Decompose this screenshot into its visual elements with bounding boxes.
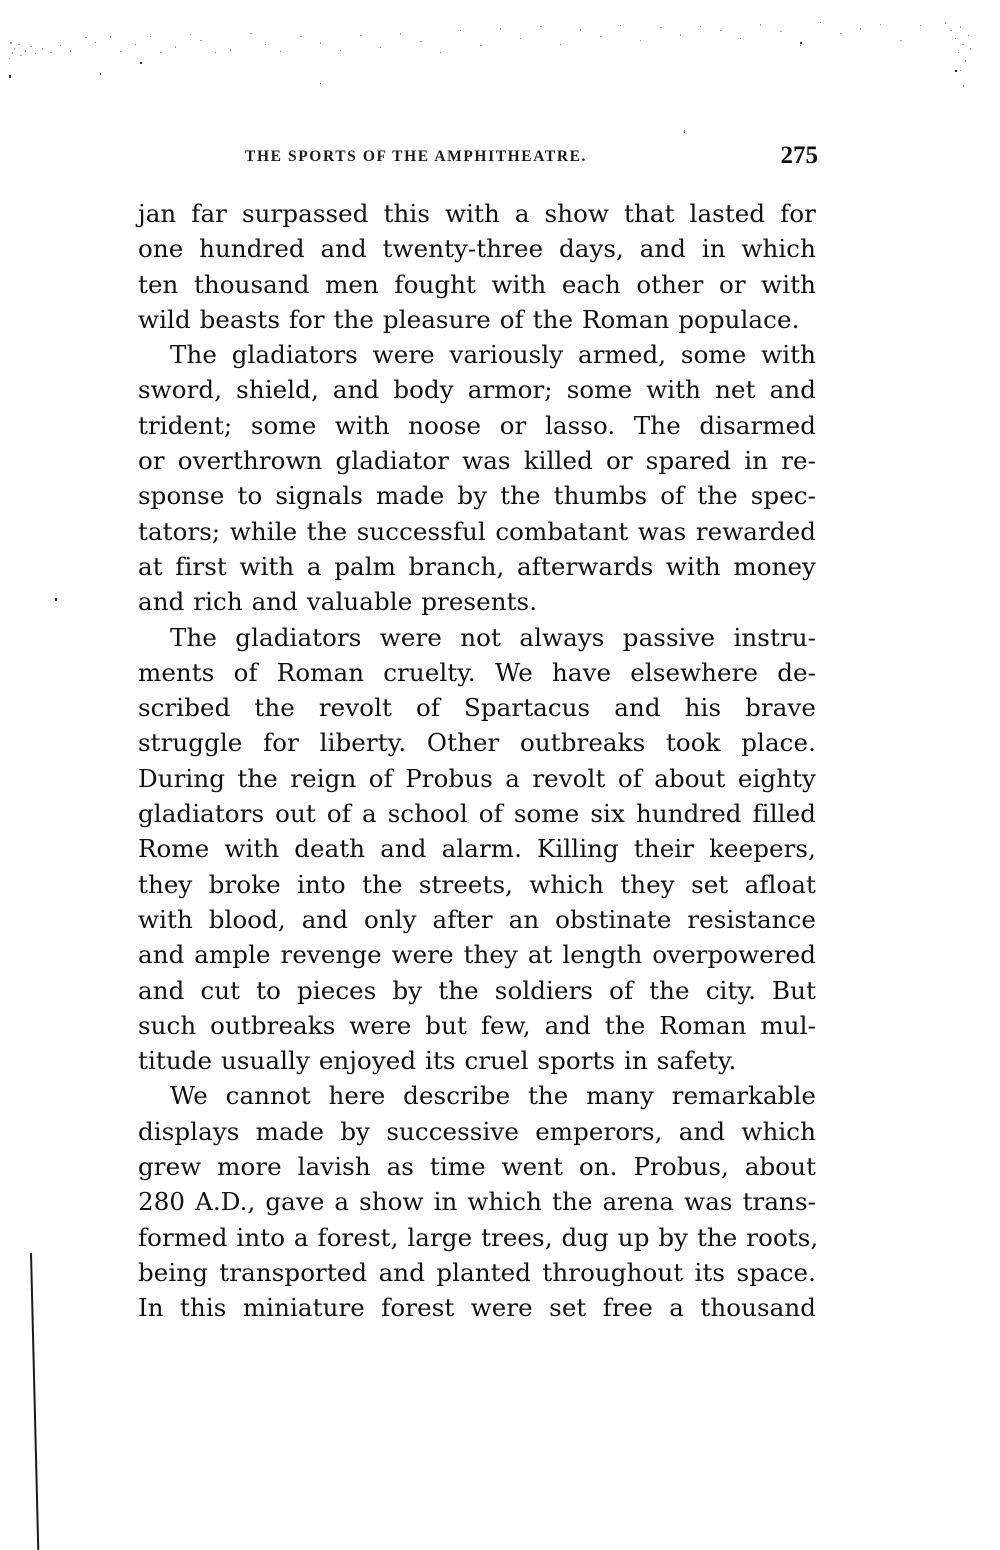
text-line: at first with a palm branch, afterwards … [138, 549, 816, 584]
text-line: and ample revenge were they at length ov… [138, 937, 816, 972]
paragraph-1: jan far surpassed this with a show that … [138, 196, 816, 337]
text-line: being transported and planted throughout… [138, 1255, 816, 1290]
text-line: or overthrown gladiator was killed or sp… [138, 443, 816, 478]
text-line: trident; some with noose or lasso. The d… [138, 408, 816, 443]
text-line: During the reign of Probus a revolt of a… [138, 761, 816, 796]
text-line: one hundred and twenty-three days, and i… [138, 231, 816, 266]
text-line: tators; while the successful combatant w… [138, 514, 816, 549]
text-line: they broke into the streets, which they … [138, 867, 816, 902]
page-edge-line [30, 1253, 39, 1550]
scan-speck [684, 130, 685, 133]
text-line: jan far surpassed this with a show that … [138, 196, 816, 231]
text-line: wild beasts for the pleasure of the Roma… [138, 302, 816, 337]
text-line: displays made by successive emperors, an… [138, 1114, 816, 1149]
paragraph-3: The gladiators were not always passive i… [138, 620, 816, 1079]
text-line: ments of Roman cruelty. We have elsewher… [138, 655, 816, 690]
text-line: struggle for liberty. Other outbreaks to… [138, 725, 816, 760]
text-line: ten thousand men fought with each other … [138, 267, 816, 302]
text-line: In this miniature forest were set free a… [138, 1290, 816, 1325]
scanned-book-page: THE SPORTS OF THE AMPHITHEATRE. 275 jan … [0, 0, 1000, 1550]
text-line: We cannot here describe the many remarka… [138, 1078, 816, 1113]
paragraph-4: We cannot here describe the many remarka… [138, 1078, 816, 1325]
text-line: 280 A.D., gave a show in which the arena… [138, 1184, 816, 1219]
text-line: and cut to pieces by the soldiers of the… [138, 973, 816, 1008]
text-line: sponse to signals made by the thumbs of … [138, 478, 816, 513]
running-head-title: THE SPORTS OF THE AMPHITHEATRE. [245, 148, 587, 166]
text-line: Rome with death and alarm. Killing their… [138, 831, 816, 866]
text-line: sword, shield, and body armor; some with… [138, 372, 816, 407]
text-line: scribed the revolt of Spartacus and his … [138, 690, 816, 725]
text-line: The gladiators were variously armed, som… [138, 337, 816, 372]
body-text: jan far surpassed this with a show that … [138, 196, 816, 1326]
text-line: formed into a forest, large trees, dug u… [138, 1220, 816, 1255]
scan-speck [55, 598, 57, 601]
text-line: titude usually enjoyed its cruel sports … [138, 1043, 816, 1078]
text-line: grew more lavish as time went on. Probus… [138, 1149, 816, 1184]
page-number: 275 [781, 142, 819, 170]
text-line: such outbreaks were but few, and the Rom… [138, 1008, 816, 1043]
text-line: The gladiators were not always passive i… [138, 620, 816, 655]
text-line: with blood, and only after an obstinate … [138, 902, 816, 937]
text-line: and rich and valuable presents. [138, 584, 816, 619]
paragraph-2: The gladiators were variously armed, som… [138, 337, 816, 619]
scan-noise-artifacts [0, 0, 1000, 110]
text-line: gladiators out of a school of some six h… [138, 796, 816, 831]
running-header: THE SPORTS OF THE AMPHITHEATRE. 275 [245, 142, 820, 176]
